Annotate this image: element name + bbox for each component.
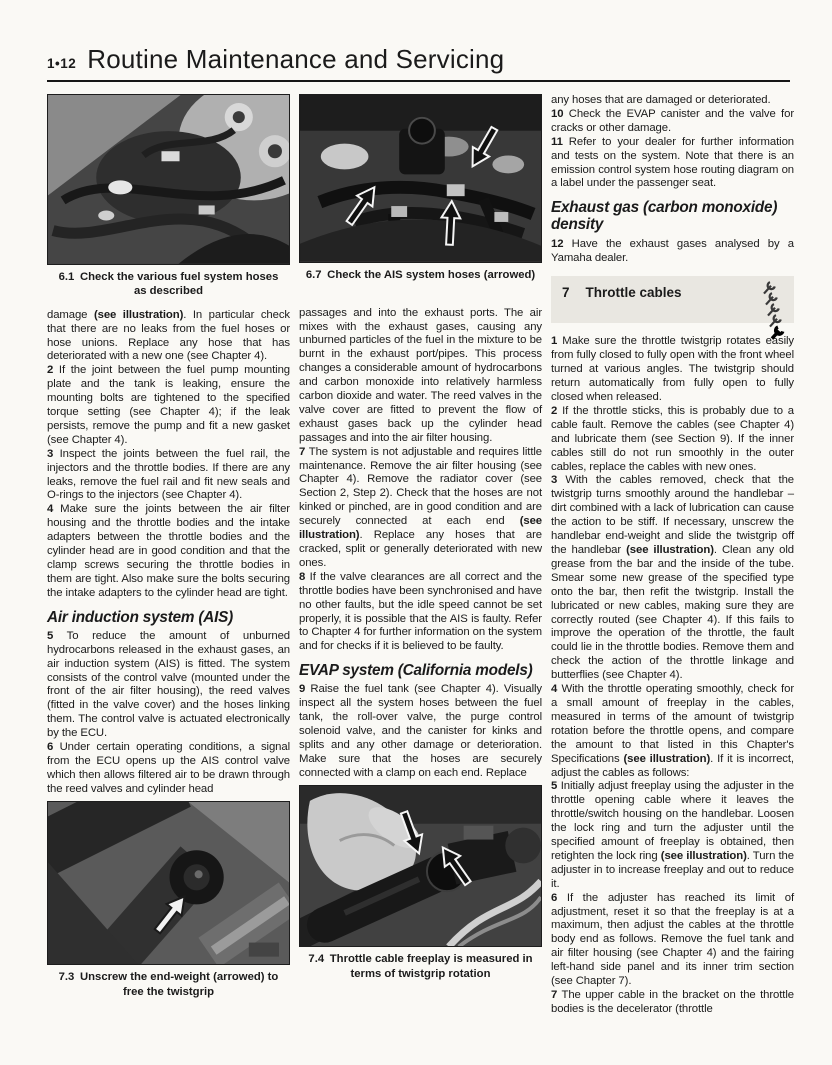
- subheading: Exhaust gas (carbon monoxide) density: [551, 199, 794, 233]
- paragraph: 7 The upper cable in the bracket on the …: [551, 989, 794, 1017]
- paragraph: 5 To reduce the amount of unburned hydro…: [47, 630, 290, 741]
- paragraph: 4 With the throttle operating smoothly, …: [551, 683, 794, 780]
- text-column-right-bottom: 1 Make sure the throttle twistgrip rotat…: [551, 335, 794, 1016]
- paragraph: 3 With the cables removed, check that th…: [551, 474, 794, 683]
- photo-7-4: [299, 785, 542, 948]
- photo-6-1: [47, 94, 290, 265]
- paragraph: 10 Check the EVAP canister and the valve…: [551, 108, 794, 136]
- paragraph: 2 If the throttle sticks, this is probab…: [551, 405, 794, 475]
- section-title: Throttle cables: [586, 285, 682, 300]
- column-left: 6.1 Check the various fuel system hoses …: [47, 94, 290, 1017]
- fuel-hoses-photo: [47, 94, 290, 265]
- text-column-middle: passages and into the exhaust ports. The…: [299, 307, 542, 781]
- subheading: EVAP system (California models): [299, 662, 542, 679]
- subheading: Air induction system (AIS): [47, 609, 290, 626]
- paragraph: 4 Make sure the joints between the air f…: [47, 503, 290, 600]
- paragraph: damage (see illustration). In particular…: [47, 309, 290, 365]
- paragraph: 6 Under certain operating conditions, a …: [47, 741, 290, 797]
- text-column-right-top: any hoses that are damaged or deteriorat…: [551, 94, 794, 265]
- twistgrip-photo: [299, 785, 542, 948]
- caption-6-7: 6.7 Check the AIS system hoses (arrowed): [303, 268, 538, 298]
- paragraph: 2 If the joint between the fuel pump mou…: [47, 364, 290, 447]
- text-column-left: damage (see illustration). In particular…: [47, 309, 290, 797]
- paragraph: 1 Make sure the throttle twistgrip rotat…: [551, 335, 794, 405]
- page-header: 1•12 Routine Maintenance and Servicing: [47, 44, 790, 75]
- caption-6-1: 6.1 Check the various fuel system hoses …: [51, 270, 286, 300]
- manual-page: 1•12 Routine Maintenance and Servicing: [0, 0, 832, 1065]
- column-right: any hoses that are damaged or deteriorat…: [551, 94, 794, 1017]
- paragraph: 11 Refer to your dealer for further info…: [551, 136, 794, 192]
- paragraph: any hoses that are damaged or deteriorat…: [551, 94, 794, 108]
- section-heading-box: 7Throttle cables: [551, 276, 794, 323]
- wrench-rating-icon: [753, 280, 789, 344]
- paragraph: 7 The system is not adjustable and requi…: [299, 446, 542, 571]
- photo-6-7: [299, 94, 542, 263]
- ais-hoses-photo: [299, 94, 542, 263]
- paragraph: 3 Inspect the joints between the fuel ra…: [47, 448, 290, 504]
- paragraph: 12 Have the exhaust gases analysed by a …: [551, 238, 794, 266]
- page-content: 6.1 Check the various fuel system hoses …: [0, 94, 832, 1017]
- paragraph: 5 Initially adjust freeplay using the ad…: [551, 780, 794, 891]
- paragraph: 6 If the adjuster has reached its limit …: [551, 892, 794, 989]
- end-weight-photo: [47, 801, 290, 966]
- paragraph: passages and into the exhaust ports. The…: [299, 307, 542, 446]
- header-rule: [47, 80, 790, 82]
- page-title: Routine Maintenance and Servicing: [87, 44, 504, 75]
- paragraph: 9 Raise the fuel tank (see Chapter 4). V…: [299, 683, 542, 780]
- caption-7-4: 7.4 Throttle cable freeplay is measured …: [303, 952, 538, 980]
- photo-7-3: [47, 801, 290, 966]
- paragraph: 8 If the valve clearances are all correc…: [299, 571, 542, 654]
- caption-7-3: 7.3 Unscrew the end-weight (arrowed) to …: [51, 970, 286, 998]
- column-middle: 6.7 Check the AIS system hoses (arrowed)…: [299, 94, 542, 1017]
- section-number: 7: [562, 285, 570, 300]
- page-number: 1•12: [47, 56, 76, 71]
